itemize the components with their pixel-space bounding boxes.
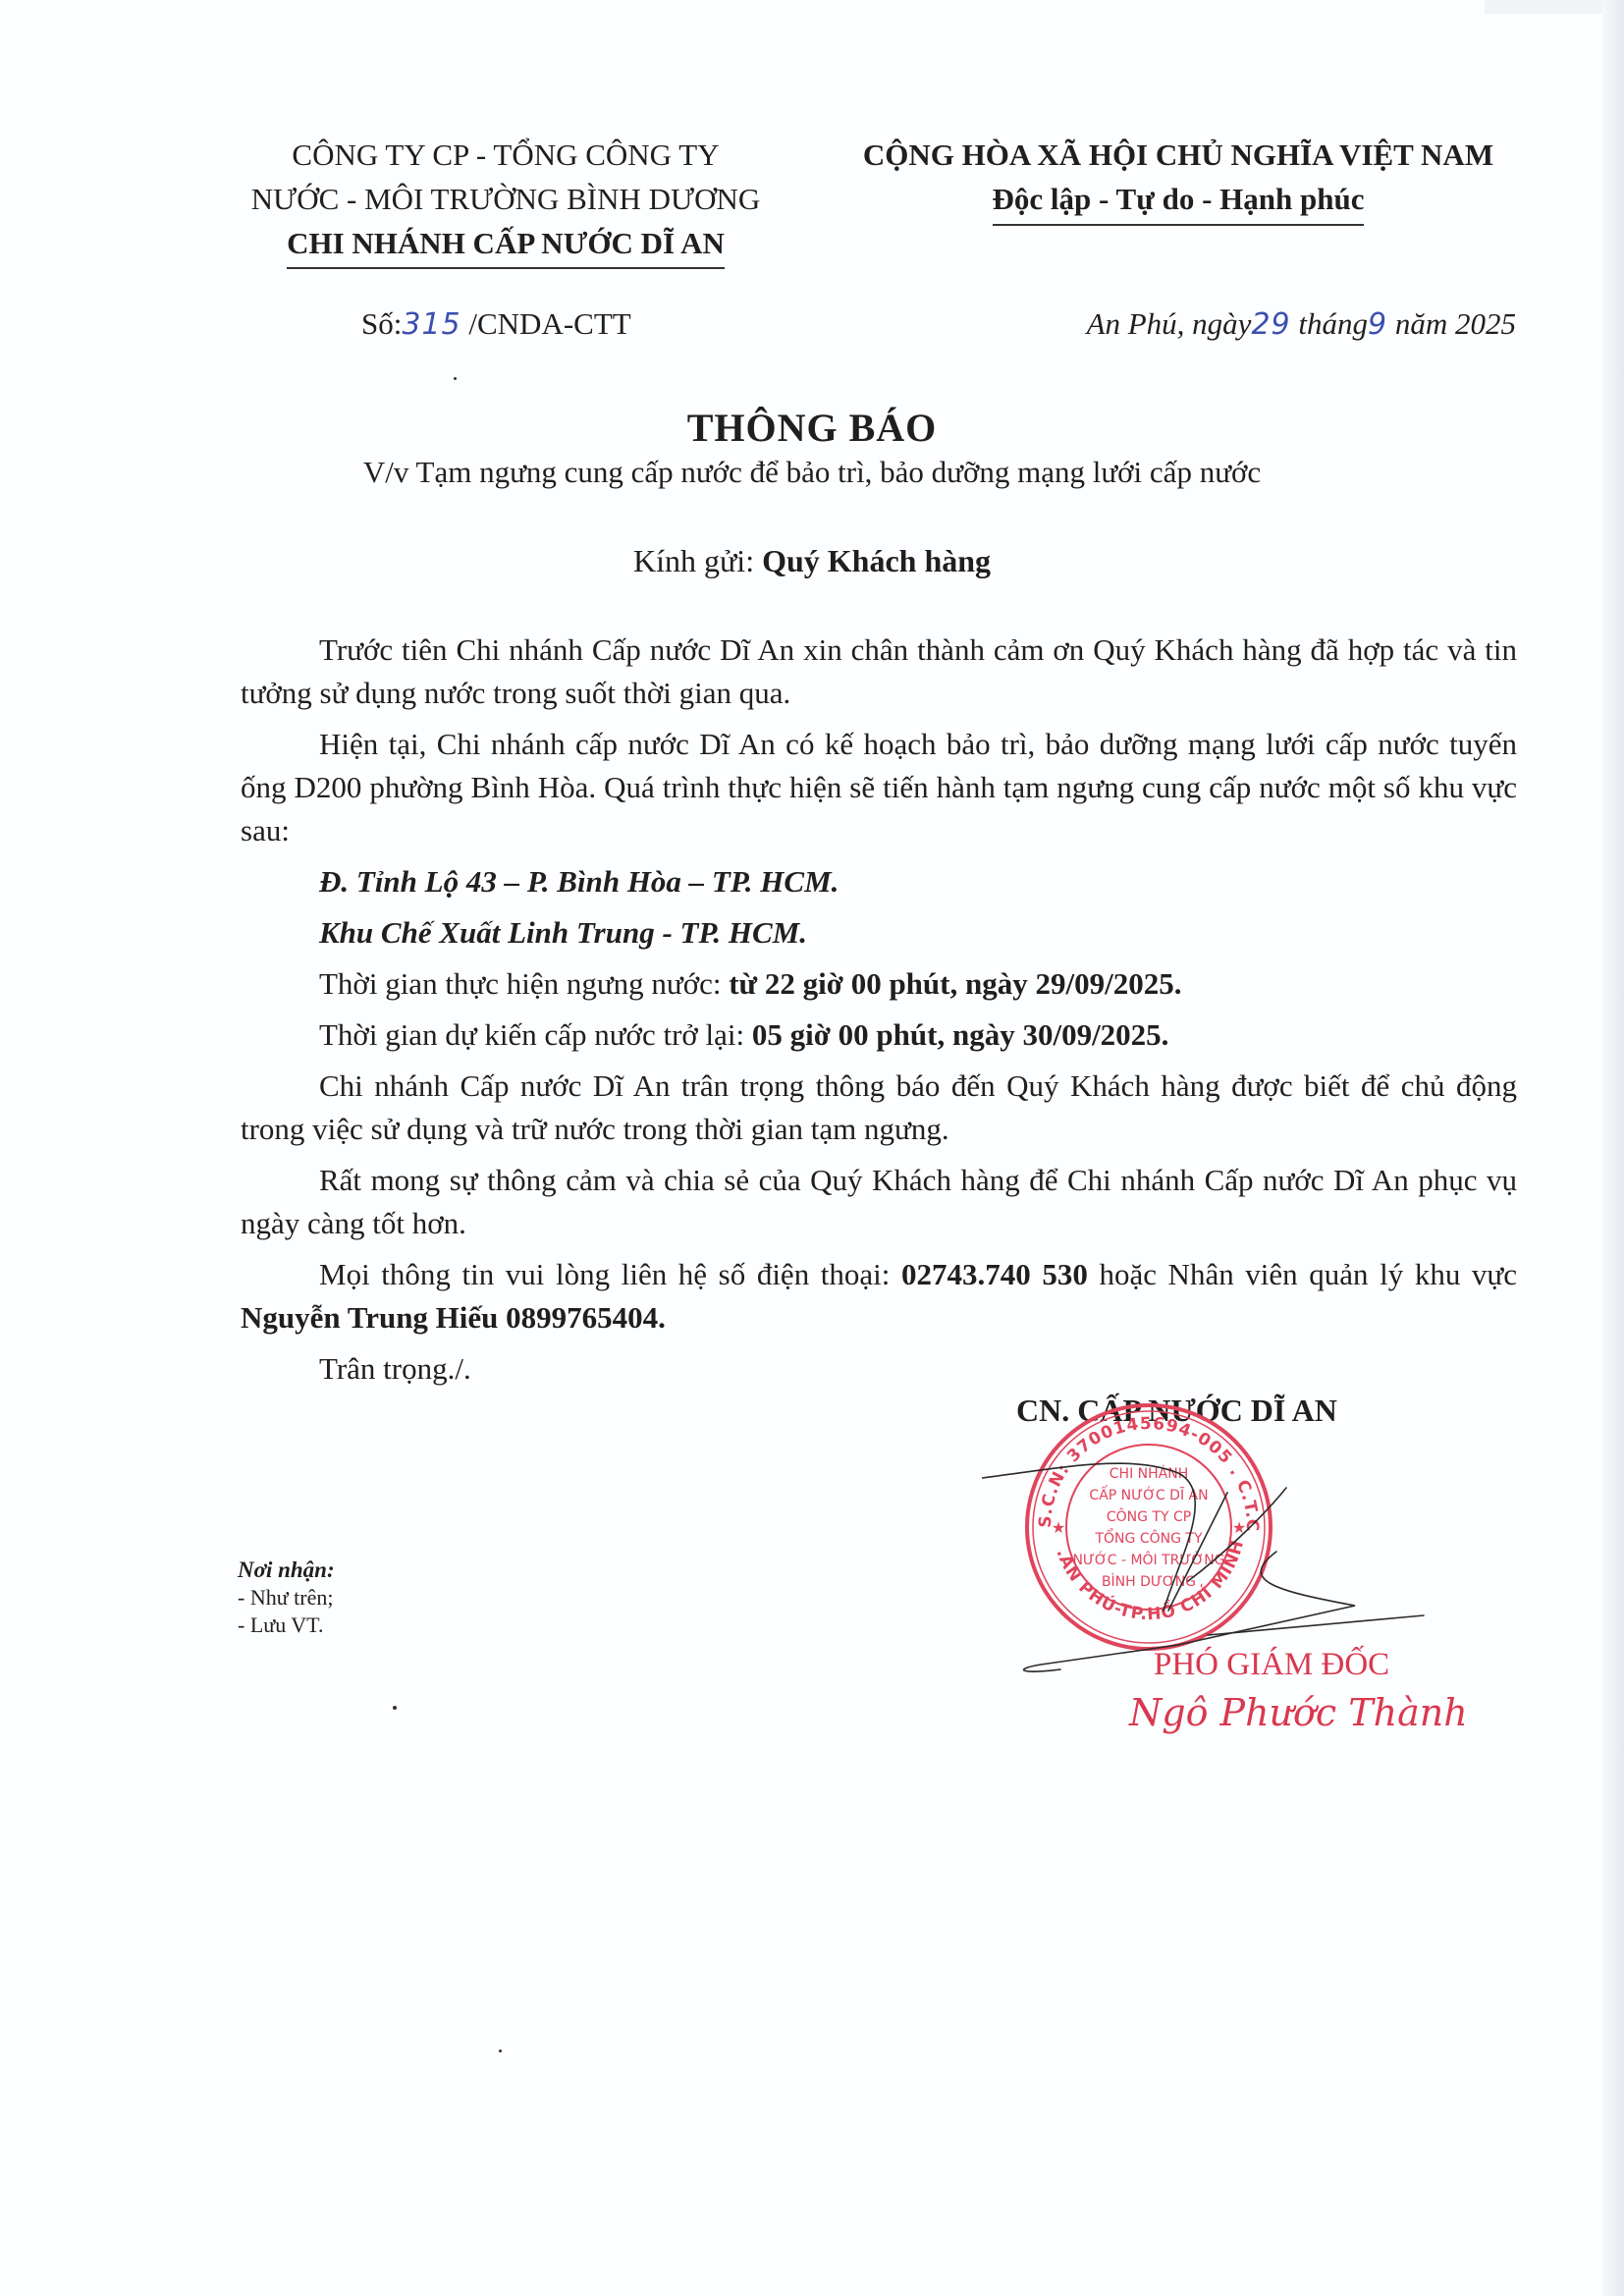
affected-area-1: Đ. Tỉnh Lộ 43 – P. Bình Hòa – TP. HCM. bbox=[241, 860, 1517, 903]
resume-time: Thời gian dự kiến cấp nước trở lại: 05 g… bbox=[241, 1013, 1517, 1057]
document-number: Số:315 /CNDA-CTT bbox=[361, 306, 631, 342]
signer-name: Ngô Phước Thành bbox=[1129, 1691, 1468, 1734]
stop-time-label: Thời gian thực hiện ngưng nước: bbox=[319, 966, 729, 1001]
affected-area-2: Khu Chế Xuất Linh Trung - TP. HCM. bbox=[241, 911, 1517, 955]
country-name: CỘNG HÒA XÃ HỘI CHỦ NGHĨA VIỆT NAM bbox=[825, 133, 1532, 177]
contact-prefix: Mọi thông tin vui lòng liên hệ số điện t… bbox=[319, 1257, 901, 1291]
date-month-label: tháng bbox=[1298, 306, 1368, 341]
scan-top-edge bbox=[1485, 0, 1602, 14]
scan-edge-shadow bbox=[1602, 0, 1624, 2296]
stop-time: Thời gian thực hiện ngưng nước: từ 22 gi… bbox=[241, 962, 1517, 1006]
recipients-list: Nơi nhận: - Như trên; - Lưu VT. bbox=[238, 1557, 335, 1639]
body-paragraph-apology: Rất mong sự thông cảm và chia sẻ của Quý… bbox=[241, 1159, 1517, 1245]
date-month-handwritten: 9 bbox=[1368, 307, 1387, 342]
resume-time-value: 05 giờ 00 phút, ngày 30/09/2025. bbox=[752, 1017, 1169, 1052]
scan-speck bbox=[393, 1706, 397, 1710]
date-day-handwritten: 29 bbox=[1251, 307, 1290, 342]
recipient-item: - Lưu VT. bbox=[238, 1612, 335, 1639]
doc-number-suffix: /CNDA-CTT bbox=[468, 306, 630, 341]
doc-number-prefix: Số: bbox=[361, 306, 402, 341]
document-subject: V/v Tạm ngưng cung cấp nước để bảo trì, … bbox=[0, 455, 1624, 490]
stop-time-value: từ 22 giờ 00 phút, ngày 29/09/2025. bbox=[729, 966, 1181, 1001]
doc-number-handwritten: 315 bbox=[402, 307, 460, 342]
body-paragraph-notice: Chi nhánh Cấp nước Dĩ An trân trọng thôn… bbox=[241, 1065, 1517, 1151]
date-year: năm 2025 bbox=[1395, 306, 1516, 341]
body-paragraph-thanks: Trước tiên Chi nhánh Cấp nước Dĩ An xin … bbox=[241, 629, 1517, 715]
contact-phone: 02743.740 530 bbox=[901, 1257, 1088, 1291]
closing: Trân trọng./. bbox=[241, 1347, 1517, 1391]
contact-mid: hoặc Nhân viên quản lý khu vực bbox=[1088, 1257, 1517, 1291]
national-header: CỘNG HÒA XÃ HỘI CHỦ NGHĨA VIỆT NAM Độc l… bbox=[825, 133, 1532, 226]
handwritten-signature bbox=[982, 1434, 1453, 1689]
document-title: THÔNG BÁO bbox=[0, 405, 1624, 451]
recipient-item: - Như trên; bbox=[238, 1584, 335, 1612]
greeting-prefix: Kính gửi: bbox=[633, 543, 762, 578]
scan-speck bbox=[454, 377, 457, 380]
issuer-line-2: NƯỚC - MÔI TRƯỜNG BÌNH DƯƠNG bbox=[211, 177, 800, 221]
issuer-header: CÔNG TY CP - TỔNG CÔNG TY NƯỚC - MÔI TRƯ… bbox=[211, 133, 800, 269]
date-line: An Phú, ngày29 tháng9 năm 2025 bbox=[1087, 306, 1516, 342]
date-place: An Phú, ngày bbox=[1087, 306, 1252, 341]
resume-time-label: Thời gian dự kiến cấp nước trở lại: bbox=[319, 1017, 752, 1052]
issuer-branch-name: CHI NHÁNH CẤP NƯỚC DĨ AN bbox=[287, 221, 725, 269]
recipients-label: Nơi nhận: bbox=[238, 1557, 335, 1584]
body-paragraph-contact: Mọi thông tin vui lòng liên hệ số điện t… bbox=[241, 1253, 1517, 1339]
national-motto: Độc lập - Tự do - Hạnh phúc bbox=[993, 177, 1365, 226]
body-paragraph-plan: Hiện tại, Chi nhánh cấp nước Dĩ An có kế… bbox=[241, 723, 1517, 852]
issuer-line-1: CÔNG TY CP - TỔNG CÔNG TY bbox=[211, 133, 800, 177]
greeting-recipient: Quý Khách hàng bbox=[762, 543, 991, 578]
contact-person: Nguyễn Trung Hiếu 0899765404. bbox=[241, 1300, 666, 1335]
scan-speck bbox=[499, 2050, 502, 2052]
greeting: Kính gửi: Quý Khách hàng bbox=[0, 543, 1624, 579]
document-body: Trước tiên Chi nhánh Cấp nước Dĩ An xin … bbox=[241, 629, 1517, 1398]
